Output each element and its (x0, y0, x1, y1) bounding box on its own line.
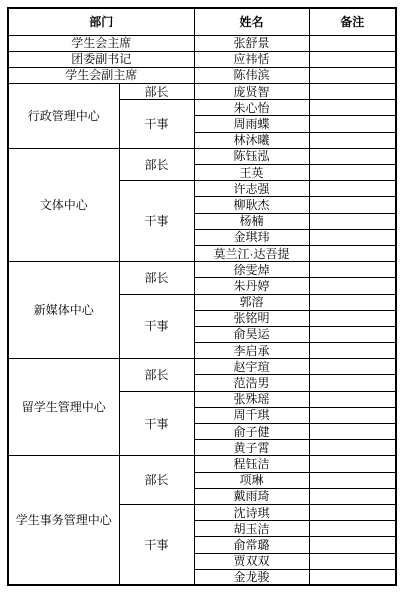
name-cell: 沈诗琪 (194, 504, 309, 520)
remark-cell (309, 504, 396, 520)
name-cell: 杨楠 (194, 213, 309, 229)
remark-cell (309, 343, 396, 359)
position-title-cell: 团委副书记 (8, 51, 194, 67)
role-cell: 干事 (119, 100, 194, 149)
department-cell: 留学生管理中心 (8, 359, 119, 456)
remark-cell (309, 132, 396, 148)
remark-cell (309, 456, 396, 472)
remark-cell (309, 181, 396, 197)
name-cell: 俞子健 (194, 424, 309, 440)
member-row: 行政管理中心部长庞贤智 (8, 84, 396, 100)
remark-cell (309, 569, 396, 585)
name-cell: 王英 (194, 165, 309, 181)
remark-cell (309, 245, 396, 261)
department-cell: 新媒体中心 (8, 262, 119, 359)
role-cell: 干事 (119, 181, 194, 262)
name-cell: 柳耿杰 (194, 197, 309, 213)
name-cell: 许志强 (194, 181, 309, 197)
member-row: 新媒体中心部长徐雯焯 (8, 262, 396, 278)
member-row: 留学生管理中心部长赵宇瑄 (8, 359, 396, 375)
name-cell: 周雨蝶 (194, 116, 309, 132)
remark-cell (309, 326, 396, 342)
name-cell: 朱丹婷 (194, 278, 309, 294)
remark-cell (309, 100, 396, 116)
header-department: 部门 (8, 8, 194, 35)
name-cell: 应祎恬 (194, 51, 309, 67)
remark-cell (309, 165, 396, 181)
header-row: 部门 姓名 备注 (8, 8, 396, 35)
name-cell: 陈伟滨 (194, 67, 309, 83)
header-name: 姓名 (194, 8, 309, 35)
name-cell: 胡玉洁 (194, 521, 309, 537)
department-cell: 行政管理中心 (8, 84, 119, 149)
remark-cell (309, 440, 396, 456)
remark-cell (309, 310, 396, 326)
remark-cell (309, 391, 396, 407)
role-cell: 部长 (119, 148, 194, 180)
name-cell: 徐雯焯 (194, 262, 309, 278)
name-cell: 金琪玮 (194, 229, 309, 245)
table-header: 部门 姓名 备注 (8, 8, 396, 35)
header-remark: 备注 (309, 8, 396, 35)
remark-cell (309, 213, 396, 229)
name-cell: 黄子霄 (194, 440, 309, 456)
member-row: 学生事务管理中心部长程钰洁 (8, 456, 396, 472)
remark-cell (309, 424, 396, 440)
officer-row: 学生会主席张舒景 (8, 35, 396, 51)
remark-cell (309, 294, 396, 310)
name-cell: 李启承 (194, 343, 309, 359)
name-cell: 程钰洁 (194, 456, 309, 472)
remark-cell (309, 553, 396, 569)
role-cell: 干事 (119, 391, 194, 456)
remark-cell (309, 229, 396, 245)
department-cell: 学生事务管理中心 (8, 456, 119, 586)
remark-cell (309, 521, 396, 537)
member-row: 文体中心部长陈钰泓 (8, 148, 396, 164)
name-cell: 郭溶 (194, 294, 309, 310)
remark-cell (309, 84, 396, 100)
remark-cell (309, 197, 396, 213)
remark-cell (309, 375, 396, 391)
name-cell: 莫兰江·达吾提 (194, 245, 309, 261)
name-cell: 林沐曦 (194, 132, 309, 148)
name-cell: 朱心怡 (194, 100, 309, 116)
roster-table: 部门 姓名 备注 学生会主席张舒景团委副书记应祎恬学生会副主席陈伟滨行政管理中心… (7, 7, 397, 586)
officer-row: 学生会副主席陈伟滨 (8, 67, 396, 83)
remark-cell (309, 262, 396, 278)
position-title-cell: 学生会副主席 (8, 67, 194, 83)
remark-cell (309, 488, 396, 504)
name-cell: 贾双双 (194, 553, 309, 569)
name-cell: 赵宇瑄 (194, 359, 309, 375)
remark-cell (309, 51, 396, 67)
name-cell: 张舒景 (194, 35, 309, 51)
remark-cell (309, 359, 396, 375)
department-cell: 文体中心 (8, 148, 119, 261)
name-cell: 俞常璐 (194, 537, 309, 553)
remark-cell (309, 537, 396, 553)
officer-row: 团委副书记应祎恬 (8, 51, 396, 67)
name-cell: 张铭明 (194, 310, 309, 326)
remark-cell (309, 148, 396, 164)
role-cell: 干事 (119, 294, 194, 359)
role-cell: 部长 (119, 84, 194, 100)
name-cell: 范浩男 (194, 375, 309, 391)
name-cell: 庞贤智 (194, 84, 309, 100)
name-cell: 戴雨琦 (194, 488, 309, 504)
name-cell: 陈钰泓 (194, 148, 309, 164)
role-cell: 部长 (119, 456, 194, 505)
remark-cell (309, 407, 396, 423)
role-cell: 部长 (119, 359, 194, 391)
roster-container: 部门 姓名 备注 学生会主席张舒景团委副书记应祎恬学生会副主席陈伟滨行政管理中心… (7, 7, 397, 586)
name-cell: 金龙骏 (194, 569, 309, 585)
remark-cell (309, 278, 396, 294)
role-cell: 干事 (119, 504, 194, 585)
role-cell: 部长 (119, 262, 194, 294)
name-cell: 项琳 (194, 472, 309, 488)
table-body: 学生会主席张舒景团委副书记应祎恬学生会副主席陈伟滨行政管理中心部长庞贤智干事朱心… (8, 35, 396, 585)
remark-cell (309, 472, 396, 488)
position-title-cell: 学生会主席 (8, 35, 194, 51)
name-cell: 周千琪 (194, 407, 309, 423)
name-cell: 张殊瑶 (194, 391, 309, 407)
remark-cell (309, 116, 396, 132)
remark-cell (309, 67, 396, 83)
name-cell: 俞昊运 (194, 326, 309, 342)
remark-cell (309, 35, 396, 51)
